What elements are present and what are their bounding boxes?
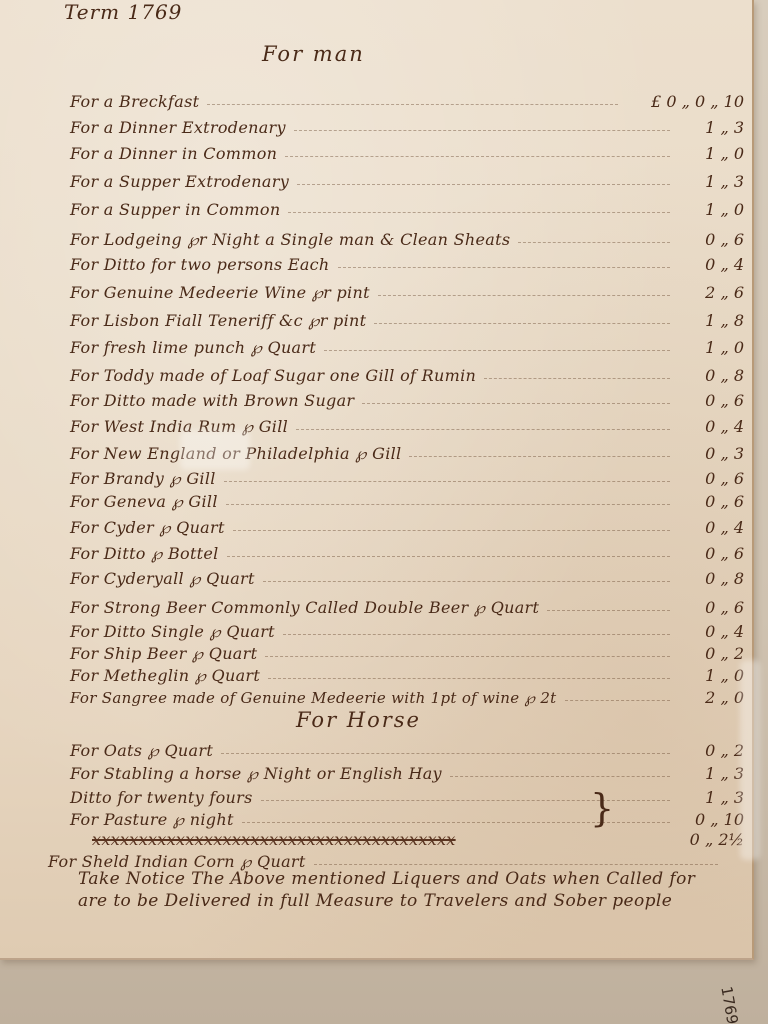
dotted-leader bbox=[283, 634, 670, 635]
item-label: For Toddy made of Loaf Sugar one Gill of… bbox=[70, 366, 476, 385]
item-label: For Genuine Medeerie Wine ℘r pint bbox=[70, 283, 370, 302]
item-price: 1 „ 0 bbox=[676, 338, 746, 357]
item-label: For Lisbon Fiall Teneriff &c ℘r pint bbox=[70, 311, 366, 330]
item-label-struck: xxxxxxxxxxxxxxxxxxxxxxxxxxxxxxxxxxxxxxx bbox=[92, 830, 456, 849]
item-price: 0 „ 2½ bbox=[676, 830, 746, 849]
brace-mark: } bbox=[590, 786, 614, 830]
item-price: 0 „ 4 bbox=[676, 417, 746, 436]
dotted-leader bbox=[221, 753, 670, 754]
list-item: For Geneva ℘ Gill 0 „ 6 bbox=[70, 488, 746, 511]
document-sheet: Term 1769 For man For a Breckfast £ 0 „ … bbox=[0, 0, 754, 960]
list-item: For Cyder ℘ Quart 0 „ 4 bbox=[70, 514, 746, 537]
item-label: For Lodgeing ℘r Night a Single man & Cle… bbox=[70, 230, 510, 249]
dotted-leader bbox=[484, 378, 670, 379]
list-item: For Cyderyall ℘ Quart 0 „ 8 bbox=[70, 565, 746, 588]
item-price: 1 „ 3 bbox=[676, 118, 746, 137]
glass-reflection bbox=[180, 430, 250, 470]
struck-through-line: xxxxxxxxxxxxxxxxxxxxxxxxxxxxxxxxxxxxxxx bbox=[92, 826, 592, 849]
dotted-leader bbox=[374, 323, 670, 324]
list-item: For fresh lime punch ℘ Quart 1 „ 0 bbox=[70, 334, 746, 357]
dotted-leader bbox=[547, 610, 670, 611]
list-item: For a Breckfast £ 0 „ 0 „ 10 bbox=[70, 88, 746, 111]
item-label: For Ditto made with Brown Sugar bbox=[70, 391, 354, 410]
dotted-leader bbox=[294, 130, 670, 131]
item-label: For Ditto Single ℘ Quart bbox=[70, 622, 275, 641]
dotted-leader bbox=[297, 184, 670, 185]
item-price: 0 „ 2 bbox=[676, 741, 746, 760]
item-price: 0 „ 4 bbox=[676, 622, 746, 641]
list-item: For Brandy ℘ Gill 0 „ 6 bbox=[70, 465, 746, 488]
dotted-leader bbox=[565, 700, 670, 701]
list-item: For Oats ℘ Quart 0 „ 2 bbox=[70, 737, 746, 760]
dotted-leader bbox=[450, 776, 670, 777]
section-heading-horse: For Horse bbox=[296, 708, 421, 732]
item-price: 0 „ 4 bbox=[676, 518, 746, 537]
item-price: 2 „ 6 bbox=[676, 283, 746, 302]
dotted-leader bbox=[233, 530, 670, 531]
dotted-leader bbox=[362, 403, 670, 404]
dotted-leader bbox=[296, 429, 670, 430]
item-label: For Ditto ℘ Bottel bbox=[70, 544, 219, 563]
list-item: For Ditto made with Brown Sugar 0 „ 6 bbox=[70, 387, 746, 410]
item-price: 2 „ 0 bbox=[676, 688, 746, 707]
dotted-leader bbox=[288, 212, 670, 213]
dotted-leader bbox=[226, 504, 670, 505]
item-label: For Oats ℘ Quart bbox=[70, 741, 213, 760]
dotted-leader bbox=[338, 267, 670, 268]
item-label: For Cyder ℘ Quart bbox=[70, 518, 225, 537]
list-item: For a Supper Extrodenary 1 „ 3 bbox=[70, 168, 746, 191]
notice-text: Take Notice The Above mentioned Liquers … bbox=[78, 868, 718, 912]
dotted-leader bbox=[207, 104, 618, 105]
item-label: For Strong Beer Commonly Called Double B… bbox=[70, 598, 539, 617]
item-label: For West India Rum ℘ Gill bbox=[70, 417, 288, 436]
list-item: For Strong Beer Commonly Called Double B… bbox=[70, 594, 746, 617]
item-price: 0 „ 6 bbox=[676, 598, 746, 617]
item-label: Ditto for twenty fours bbox=[70, 788, 253, 807]
item-price: £ 0 „ 0 „ 10 bbox=[624, 92, 746, 111]
list-item: For a Dinner in Common 1 „ 0 bbox=[70, 140, 746, 163]
dotted-leader bbox=[409, 456, 670, 457]
item-price: 1 „ 0 bbox=[676, 200, 746, 219]
list-item: For New England or Philadelphia ℘ Gill 0… bbox=[70, 440, 746, 463]
list-item: For Lodgeing ℘r Night a Single man & Cle… bbox=[70, 226, 746, 249]
glass-reflection bbox=[740, 660, 760, 860]
document-heading: Term 1769 bbox=[64, 0, 182, 24]
item-label: For a Dinner Extrodenary bbox=[70, 118, 286, 137]
dotted-leader bbox=[314, 864, 718, 865]
dotted-leader bbox=[265, 656, 670, 657]
item-label: For Geneva ℘ Gill bbox=[70, 492, 218, 511]
item-label: For Sangree made of Genuine Medeerie wit… bbox=[70, 689, 557, 707]
list-item: For Stabling a horse ℘ Night or English … bbox=[70, 760, 746, 783]
item-price: 0 „ 6 bbox=[676, 469, 746, 488]
list-item: For Lisbon Fiall Teneriff &c ℘r pint 1 „… bbox=[70, 307, 746, 330]
dotted-leader bbox=[227, 556, 670, 557]
dotted-leader bbox=[378, 295, 670, 296]
item-label: For a Supper in Common bbox=[70, 200, 280, 219]
item-label: For Brandy ℘ Gill bbox=[70, 469, 216, 488]
item-price: 1 „ 3 bbox=[676, 172, 746, 191]
item-label: For a Supper Extrodenary bbox=[70, 172, 289, 191]
list-item: For Ditto for two persons Each 0 „ 4 bbox=[70, 251, 746, 274]
item-price: 1 „ 3 bbox=[676, 788, 746, 807]
list-item: For Genuine Medeerie Wine ℘r pint 2 „ 6 bbox=[70, 279, 746, 302]
item-price: 0 „ 3 bbox=[676, 444, 746, 463]
item-price: 0 „ 6 bbox=[676, 230, 746, 249]
list-item: Ditto for twenty fours 1 „ 3 bbox=[70, 784, 746, 807]
item-price: 0 „ 6 bbox=[676, 544, 746, 563]
item-price: 1 „ 3 bbox=[676, 764, 746, 783]
list-item: For Ship Beer ℘ Quart 0 „ 2 bbox=[70, 640, 746, 663]
item-label: For Stabling a horse ℘ Night or English … bbox=[70, 764, 442, 783]
item-price: 0 „ 8 bbox=[676, 569, 746, 588]
section-heading-man: For man bbox=[262, 42, 365, 66]
dotted-leader bbox=[324, 350, 670, 351]
list-item: For a Dinner Extrodenary 1 „ 3 bbox=[70, 114, 746, 137]
item-label: For fresh lime punch ℘ Quart bbox=[70, 338, 316, 357]
item-label: For Metheglin ℘ Quart bbox=[70, 666, 260, 685]
item-label: For Ditto for two persons Each bbox=[70, 255, 330, 274]
list-item: For West India Rum ℘ Gill 0 „ 4 bbox=[70, 413, 746, 436]
list-item: For Sangree made of Genuine Medeerie wit… bbox=[70, 684, 746, 707]
item-price: 1 „ 8 bbox=[676, 311, 746, 330]
list-item: For Metheglin ℘ Quart 1 „ 0 bbox=[70, 662, 746, 685]
item-label: For Cyderyall ℘ Quart bbox=[70, 569, 255, 588]
item-price: 0 „ 6 bbox=[676, 492, 746, 511]
dotted-leader bbox=[268, 678, 670, 679]
item-label: For a Dinner in Common bbox=[70, 144, 277, 163]
item-price: 0 „ 4 bbox=[676, 255, 746, 274]
list-item: 0 „ 2½ bbox=[600, 826, 746, 849]
list-item: For Ditto ℘ Bottel 0 „ 6 bbox=[70, 540, 746, 563]
item-price: 0 „ 2 bbox=[676, 644, 746, 663]
dotted-leader bbox=[518, 242, 670, 243]
item-price: 0 „ 8 bbox=[676, 366, 746, 385]
list-item: For Ditto Single ℘ Quart 0 „ 4 bbox=[70, 618, 746, 641]
dotted-leader bbox=[263, 581, 670, 582]
item-price: 0 „ 6 bbox=[676, 391, 746, 410]
dotted-leader bbox=[224, 481, 670, 482]
item-label: For a Breckfast bbox=[70, 92, 199, 111]
list-item: For Toddy made of Loaf Sugar one Gill of… bbox=[70, 362, 746, 385]
item-price: 1 „ 0 bbox=[676, 144, 746, 163]
item-price: 1 „ 0 bbox=[676, 666, 746, 685]
list-item: For a Supper in Common 1 „ 0 bbox=[70, 196, 746, 219]
item-label: For Ship Beer ℘ Quart bbox=[70, 644, 257, 663]
dotted-leader bbox=[285, 156, 670, 157]
